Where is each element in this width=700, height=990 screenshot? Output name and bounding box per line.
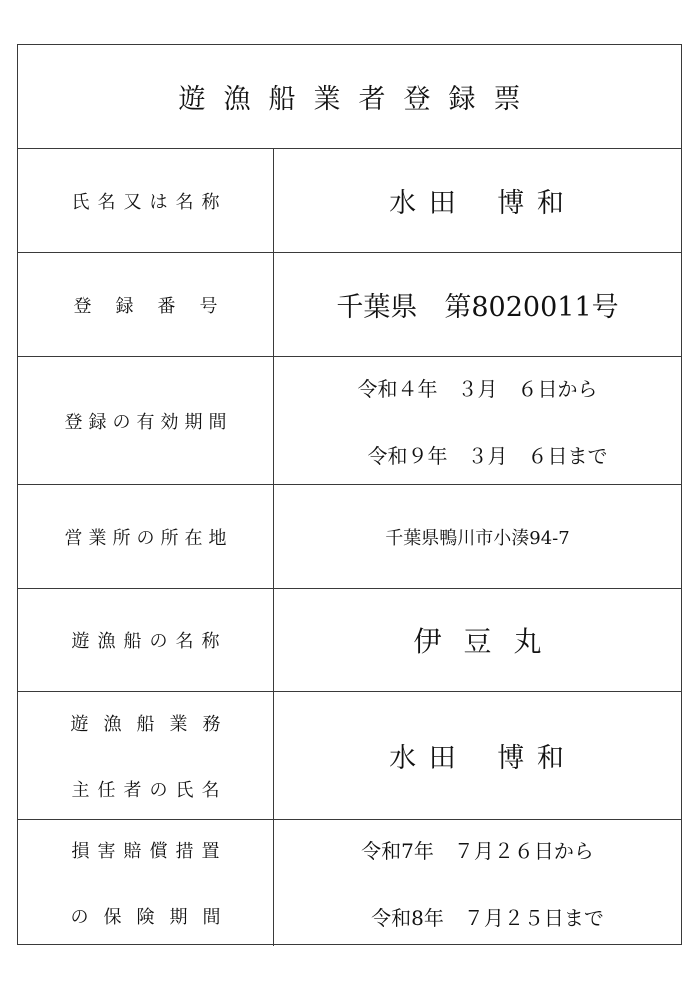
label-insurance-line1: 損害賠償措置 [64,837,228,863]
label-chief-manager-line1: 遊漁船業務 [56,710,236,736]
value-cell: 令和7年 ７月２６日から 令和8年 ７月２５日まで [274,820,681,946]
value-cell: 水 田 博 和 [274,692,681,819]
title-row: 遊漁船業者登録票 [18,45,681,148]
label-cell: 遊漁船業務 主任者の氏名 [18,692,274,819]
validity-end-date: 令和９年 ３月 ６日まで [348,440,608,469]
label-cell: 氏名又は名称 [18,149,274,252]
label-cell: 登録番号 [18,253,274,356]
value-ship-name: 伊豆丸 [391,620,563,660]
label-chief-manager-line2: 主任者の氏名 [64,776,228,802]
label-cell: 損害賠償措置 の保険期間 [18,820,274,946]
document-title: 遊漁船業者登録票 [18,45,681,148]
row-ship-name: 遊漁船の名称 伊豆丸 [18,588,681,691]
label-registration-number: 登録番号 [50,292,242,318]
label-office-address: 営業所の所在地 [59,524,233,550]
row-name: 氏名又は名称 水 田 博 和 [18,148,681,252]
validity-start-date: 令和４年 ３月 ６日から [358,373,598,402]
label-cell: 遊漁船の名称 [18,589,274,691]
row-insurance-period: 損害賠償措置 の保険期間 令和7年 ７月２６日から 令和8年 ７月２５日まで [18,819,681,946]
label-name: 氏名又は名称 [64,188,228,214]
value-chief-manager: 水 田 博 和 [389,736,566,775]
value-cell: 水 田 博 和 [274,149,681,252]
label-cell: 登録の有効期間 [18,357,274,484]
label-ship-name: 遊漁船の名称 [64,627,228,653]
insurance-start-date: 令和7年 ７月２６日から [361,835,594,864]
value-name: 水 田 博 和 [389,181,566,220]
label-validity-period: 登録の有効期間 [59,408,233,434]
row-validity-period: 登録の有効期間 令和４年 ３月 ６日から 令和９年 ３月 ６日まで [18,356,681,484]
row-office-address: 営業所の所在地 千葉県鴨川市小湊94-7 [18,484,681,588]
value-cell: 令和４年 ３月 ６日から 令和９年 ３月 ６日まで [274,357,681,484]
value-registration-number: 千葉県 第8020011号 [336,285,618,324]
registration-form: 遊漁船業者登録票 氏名又は名称 水 田 博 和 登録番号 千葉県 第802001… [17,44,682,945]
insurance-end-date: 令和8年 ７月２５日まで [351,902,604,931]
row-registration-number: 登録番号 千葉県 第8020011号 [18,252,681,356]
row-chief-manager: 遊漁船業務 主任者の氏名 水 田 博 和 [18,691,681,819]
value-office-address: 千葉県鴨川市小湊94-7 [385,524,569,550]
value-cell: 千葉県 第8020011号 [274,253,681,356]
label-insurance-line2: の保険期間 [56,903,236,929]
value-cell: 伊豆丸 [274,589,681,691]
label-cell: 営業所の所在地 [18,485,274,588]
value-cell: 千葉県鴨川市小湊94-7 [274,485,681,588]
